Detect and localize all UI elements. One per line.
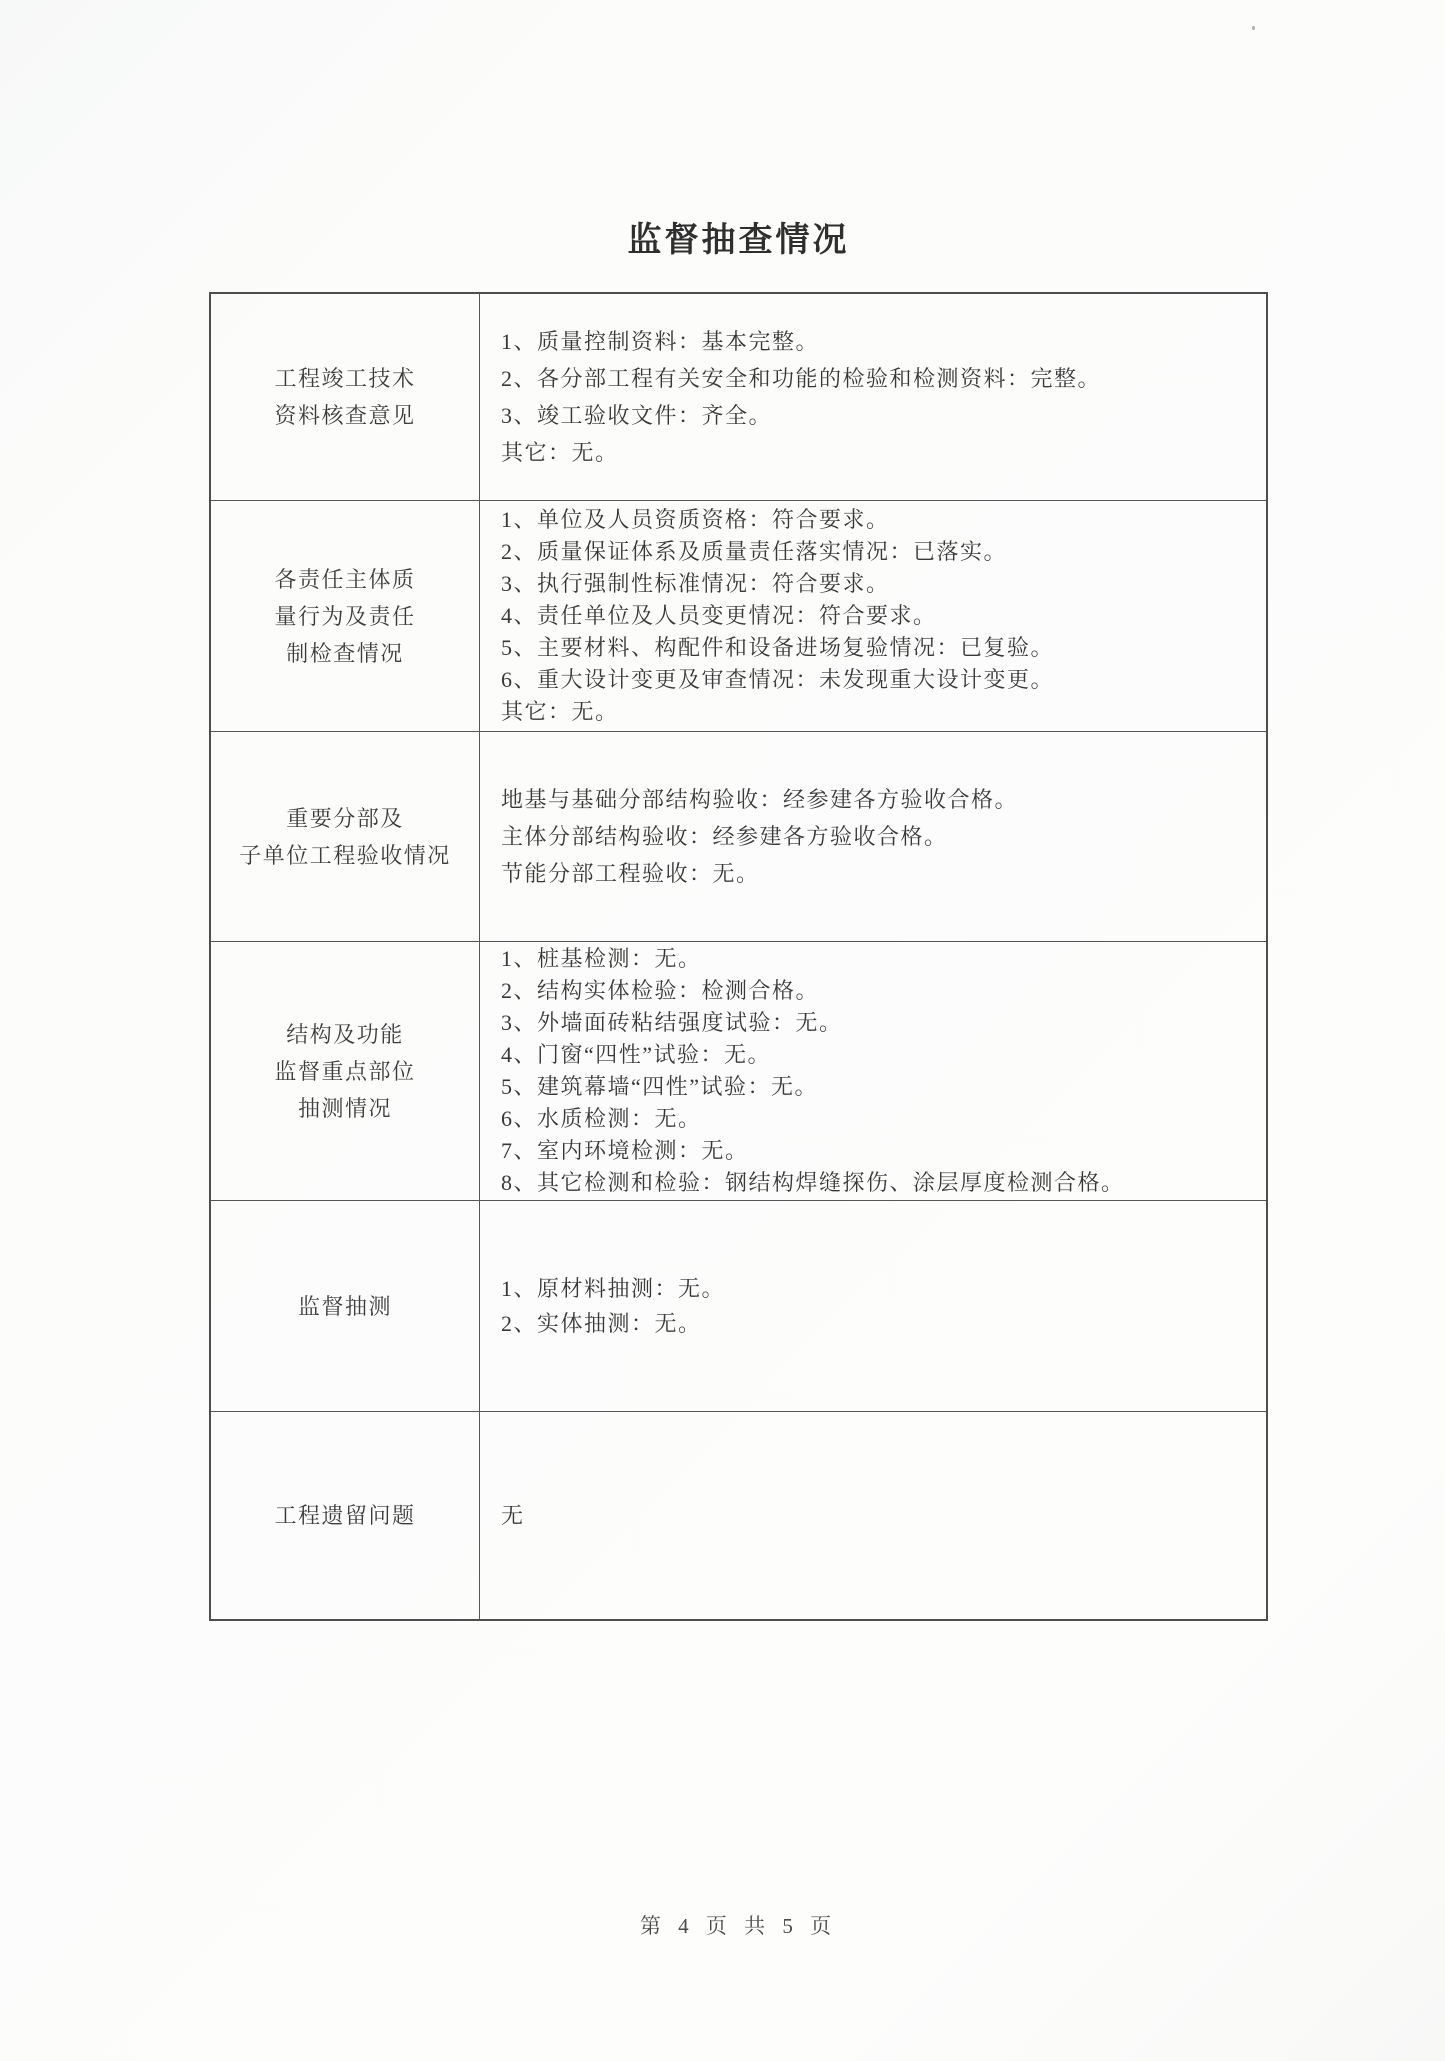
row-content: 1、单位及人员资质资格：符合要求。 2、质量保证体系及质量责任落实情况：已落实。… <box>480 501 1266 731</box>
row-label: 监督抽测 <box>211 1201 480 1411</box>
scan-noise-speck <box>1252 26 1255 30</box>
row-content: 1、质量控制资料：基本完整。 2、各分部工程有关安全和功能的检验和检测资料：完整… <box>480 294 1266 500</box>
row-content: 1、原材料抽测：无。 2、实体抽测：无。 <box>480 1201 1266 1411</box>
row-label: 结构及功能 监督重点部位 抽测情况 <box>211 942 480 1200</box>
table-row-technical-data-review: 工程竣工技术 资料核查意见 1、质量控制资料：基本完整。 2、各分部工程有关安全… <box>211 294 1266 500</box>
page-title: 监督抽查情况 <box>209 212 1268 261</box>
row-label: 重要分部及 子单位工程验收情况 <box>211 732 480 941</box>
table-row-remaining-issues: 工程遗留问题 无 <box>211 1411 1266 1619</box>
row-label: 各责任主体质 量行为及责任 制检查情况 <box>211 501 480 731</box>
table-row-key-division-acceptance: 重要分部及 子单位工程验收情况 地基与基础分部结构验收：经参建各方验收合格。 主… <box>211 731 1266 941</box>
row-content: 地基与基础分部结构验收：经参建各方验收合格。 主体分部结构验收：经参建各方验收合… <box>480 732 1266 941</box>
row-label: 工程竣工技术 资料核查意见 <box>211 294 480 500</box>
table-row-supervision-sampling: 监督抽测 1、原材料抽测：无。 2、实体抽测：无。 <box>211 1200 1266 1411</box>
scanned-document-page: { "title": "监督抽查情况", "table": { "rows": … <box>0 0 1445 2061</box>
row-content: 无 <box>480 1412 1266 1619</box>
supervision-inspection-table: 工程竣工技术 资料核查意见 1、质量控制资料：基本完整。 2、各分部工程有关安全… <box>209 292 1268 1621</box>
row-content: 1、桩基检测：无。 2、结构实体检验：检测合格。 3、外墙面砖粘结强度试验：无。… <box>480 942 1266 1200</box>
table-row-responsibility-behavior-check: 各责任主体质 量行为及责任 制检查情况 1、单位及人员资质资格：符合要求。 2、… <box>211 500 1266 731</box>
row-label: 工程遗留问题 <box>211 1412 480 1619</box>
page-number: 第 4 页 共 5 页 <box>209 1910 1268 1940</box>
table-row-structure-function-sampling: 结构及功能 监督重点部位 抽测情况 1、桩基检测：无。 2、结构实体检验：检测合… <box>211 941 1266 1200</box>
